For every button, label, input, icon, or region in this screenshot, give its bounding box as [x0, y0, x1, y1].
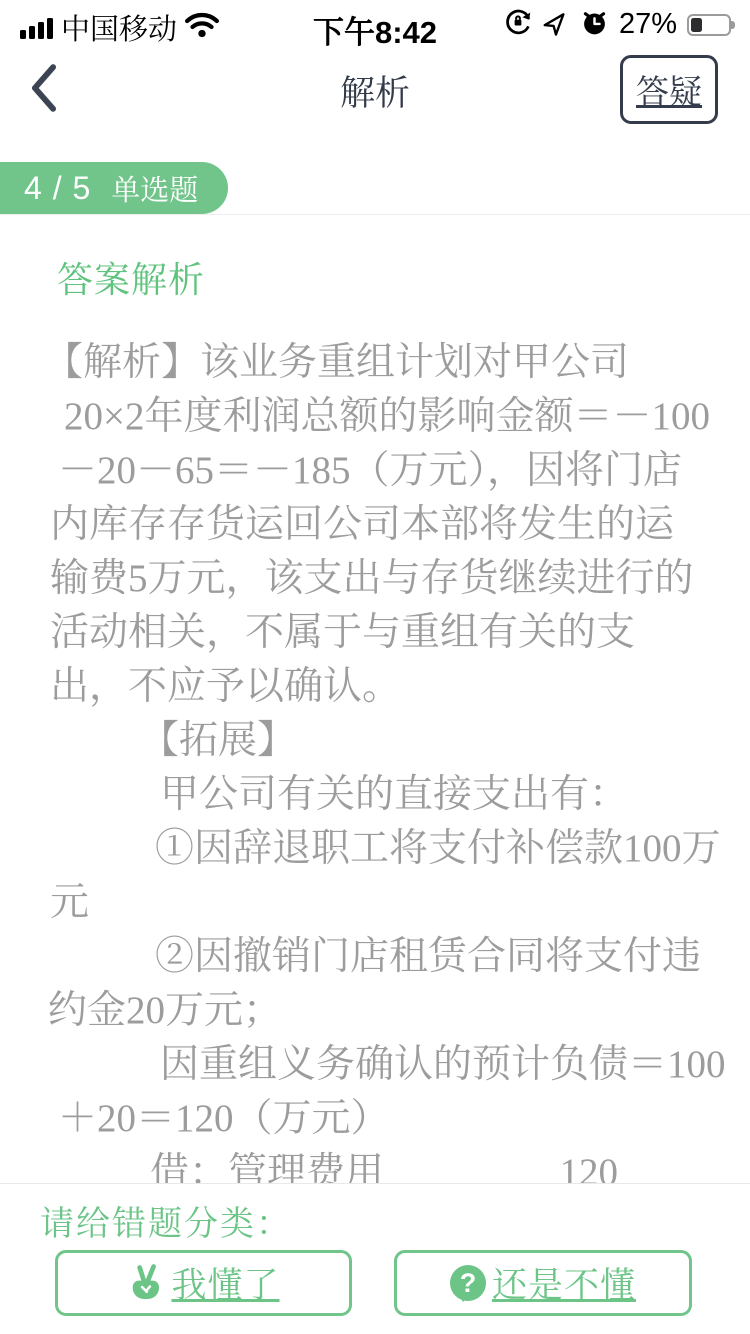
question-type-label: 单选题 [111, 168, 198, 209]
analysis-line: ①因辞退职工将支付补偿款100万 [155, 822, 750, 876]
analysis-line: 20×2年度利润总额的影响金额＝－100 [64, 390, 750, 444]
analysis-line: 约金20万元； [48, 984, 750, 1038]
battery-percent: 27% [619, 8, 677, 41]
analysis-line: 内库存存货运回公司本部将发生的运 [50, 498, 750, 552]
question-bubble-icon: ? [450, 1265, 486, 1301]
location-icon [543, 9, 570, 41]
analysis-content: 【解析】该业务重组计划对甲公司 20×2年度利润总额的影响金额＝－100 －20… [0, 336, 750, 1183]
status-bar: 中国移动 下午8:42 [0, 0, 750, 44]
understood-label: 我懂了 [171, 1258, 279, 1308]
analysis-line: ＋20＝120（万元） [58, 1092, 750, 1146]
analysis-line: 出，不应予以确认。 [50, 660, 750, 714]
analysis-line: 甲公司有关的直接支出有： [160, 768, 750, 822]
question-progress-badge: 4 / 5 单选题 [0, 162, 228, 214]
analysis-page: 中国移动 下午8:42 [0, 0, 750, 1334]
analysis-line: 【解析】该业务重组计划对甲公司 [44, 336, 750, 390]
alarm-clock-icon [580, 8, 609, 42]
not-understood-button[interactable]: ? 还是不懂 [394, 1250, 692, 1316]
analysis-line: 因重组义务确认的预计负债＝100 [160, 1038, 750, 1092]
not-understood-label: 还是不懂 [492, 1258, 636, 1308]
analysis-line: 【拓展】 [140, 714, 750, 768]
qa-button[interactable]: 答疑 [620, 55, 718, 124]
analysis-line: 输费5万元，该支出与存货继续进行的 [50, 552, 750, 606]
analysis-heading: 答案解析 [57, 252, 205, 303]
analysis-line: 借：管理费用 120 [150, 1146, 750, 1183]
classify-label: 请给错题分类： [40, 1196, 292, 1245]
nav-bar: 解析 答疑 [0, 44, 750, 132]
rotation-lock-icon [503, 7, 533, 42]
classify-footer: 请给错题分类： 我懂了 ? 还是不懂 [0, 1183, 750, 1334]
analysis-line: 活动相关，不属于与重组有关的支 [50, 606, 750, 660]
victory-hand-icon [127, 1264, 165, 1302]
battery-icon [687, 14, 731, 36]
section-divider [0, 214, 750, 215]
question-progress-label: 4 / 5 [24, 170, 91, 207]
understood-button[interactable]: 我懂了 [55, 1250, 352, 1316]
analysis-line: 元 [50, 876, 750, 930]
analysis-line: ②因撤销门店租赁合同将支付违 [155, 930, 750, 984]
analysis-line: －20－65＝－185（万元），因将门店 [58, 444, 750, 498]
